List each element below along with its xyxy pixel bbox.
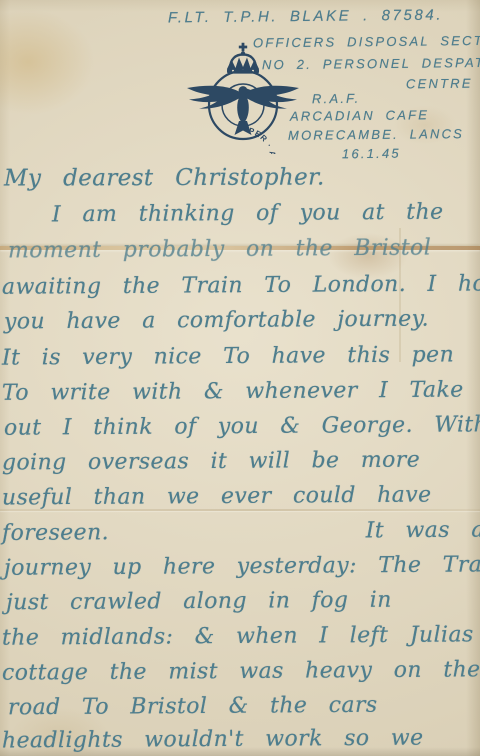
body-line: out I think of you & George. With: [4, 412, 480, 440]
sender-name-serial: F.LT. T.P.H. BLAKE . 87584.: [168, 7, 443, 27]
body-line: awaiting the Train To London. I hope: [2, 271, 480, 300]
body-line: headlights wouldn't work so we: [2, 726, 424, 754]
body-line: the midlands: & when I left Julias: [2, 622, 474, 650]
address-line-cafe: ARCADIAN CAFE: [290, 107, 429, 123]
body-line: you have a comfortable journey.: [4, 307, 429, 335]
address-line-raf: R.A.F.: [312, 91, 361, 107]
body-line: I am thinking of you at the: [52, 200, 444, 228]
body-line: foreseen. It was a long: [2, 517, 480, 546]
body-line: cottage the mist was heavy on the: [2, 657, 480, 685]
body-line: useful than we ever could have: [2, 483, 432, 511]
address-line-town: MORECAMBE. LANCS: [288, 126, 464, 143]
letter-date: 16.1.45: [342, 146, 401, 162]
body-line: just crawled along in fog in: [6, 588, 392, 616]
body-line: It is very nice To have this pen: [2, 342, 454, 370]
letter-page: PER · ARDVA · AD · ASTRA F.LT. T.P.H. BL…: [0, 0, 480, 756]
body-line: moment probably on the Bristol: [8, 236, 431, 264]
body-line: To write with & whenever I Take it: [2, 377, 480, 405]
salutation-line: My dearest Christopher.: [4, 164, 325, 191]
address-line-centre: CENTRE: [406, 76, 473, 92]
address-line-despatch: NO 2. PERSONEL DESPATCH: [262, 55, 480, 73]
address-line-section: OFFICERS DISPOSAL SECTION: [253, 33, 480, 51]
eagle-icon: [187, 86, 299, 135]
body-line: journey up here yesterday: The Train: [4, 552, 480, 580]
body-line: road To Bristol & the cars: [8, 693, 378, 721]
body-line: going overseas it will be more: [2, 448, 420, 476]
